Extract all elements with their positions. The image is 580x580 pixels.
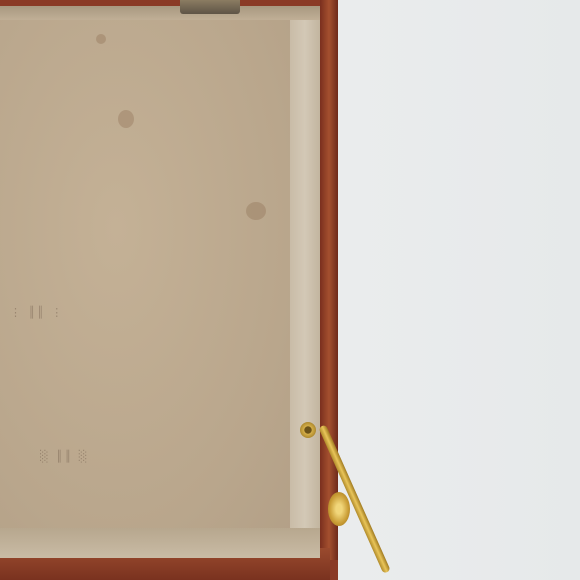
lining-side-wall bbox=[290, 20, 320, 540]
stain bbox=[96, 34, 106, 44]
stain bbox=[246, 202, 266, 220]
leather-lid-right-edge bbox=[320, 0, 338, 560]
fabric-lining: ⋮ ║║ ⋮ ░ ║║ ░ bbox=[0, 6, 320, 552]
lid-stay-pivot-icon bbox=[300, 422, 316, 438]
brass-hinge bbox=[180, 0, 240, 14]
faded-print-offset: ░ ║║ ░ bbox=[40, 450, 89, 463]
lining-top-fold bbox=[0, 6, 320, 20]
stain bbox=[118, 110, 134, 128]
lining-bottom-wall bbox=[0, 528, 320, 558]
lid-stay-knuckle-icon bbox=[328, 492, 350, 526]
faded-print-offset: ⋮ ║║ ⋮ bbox=[10, 306, 64, 319]
